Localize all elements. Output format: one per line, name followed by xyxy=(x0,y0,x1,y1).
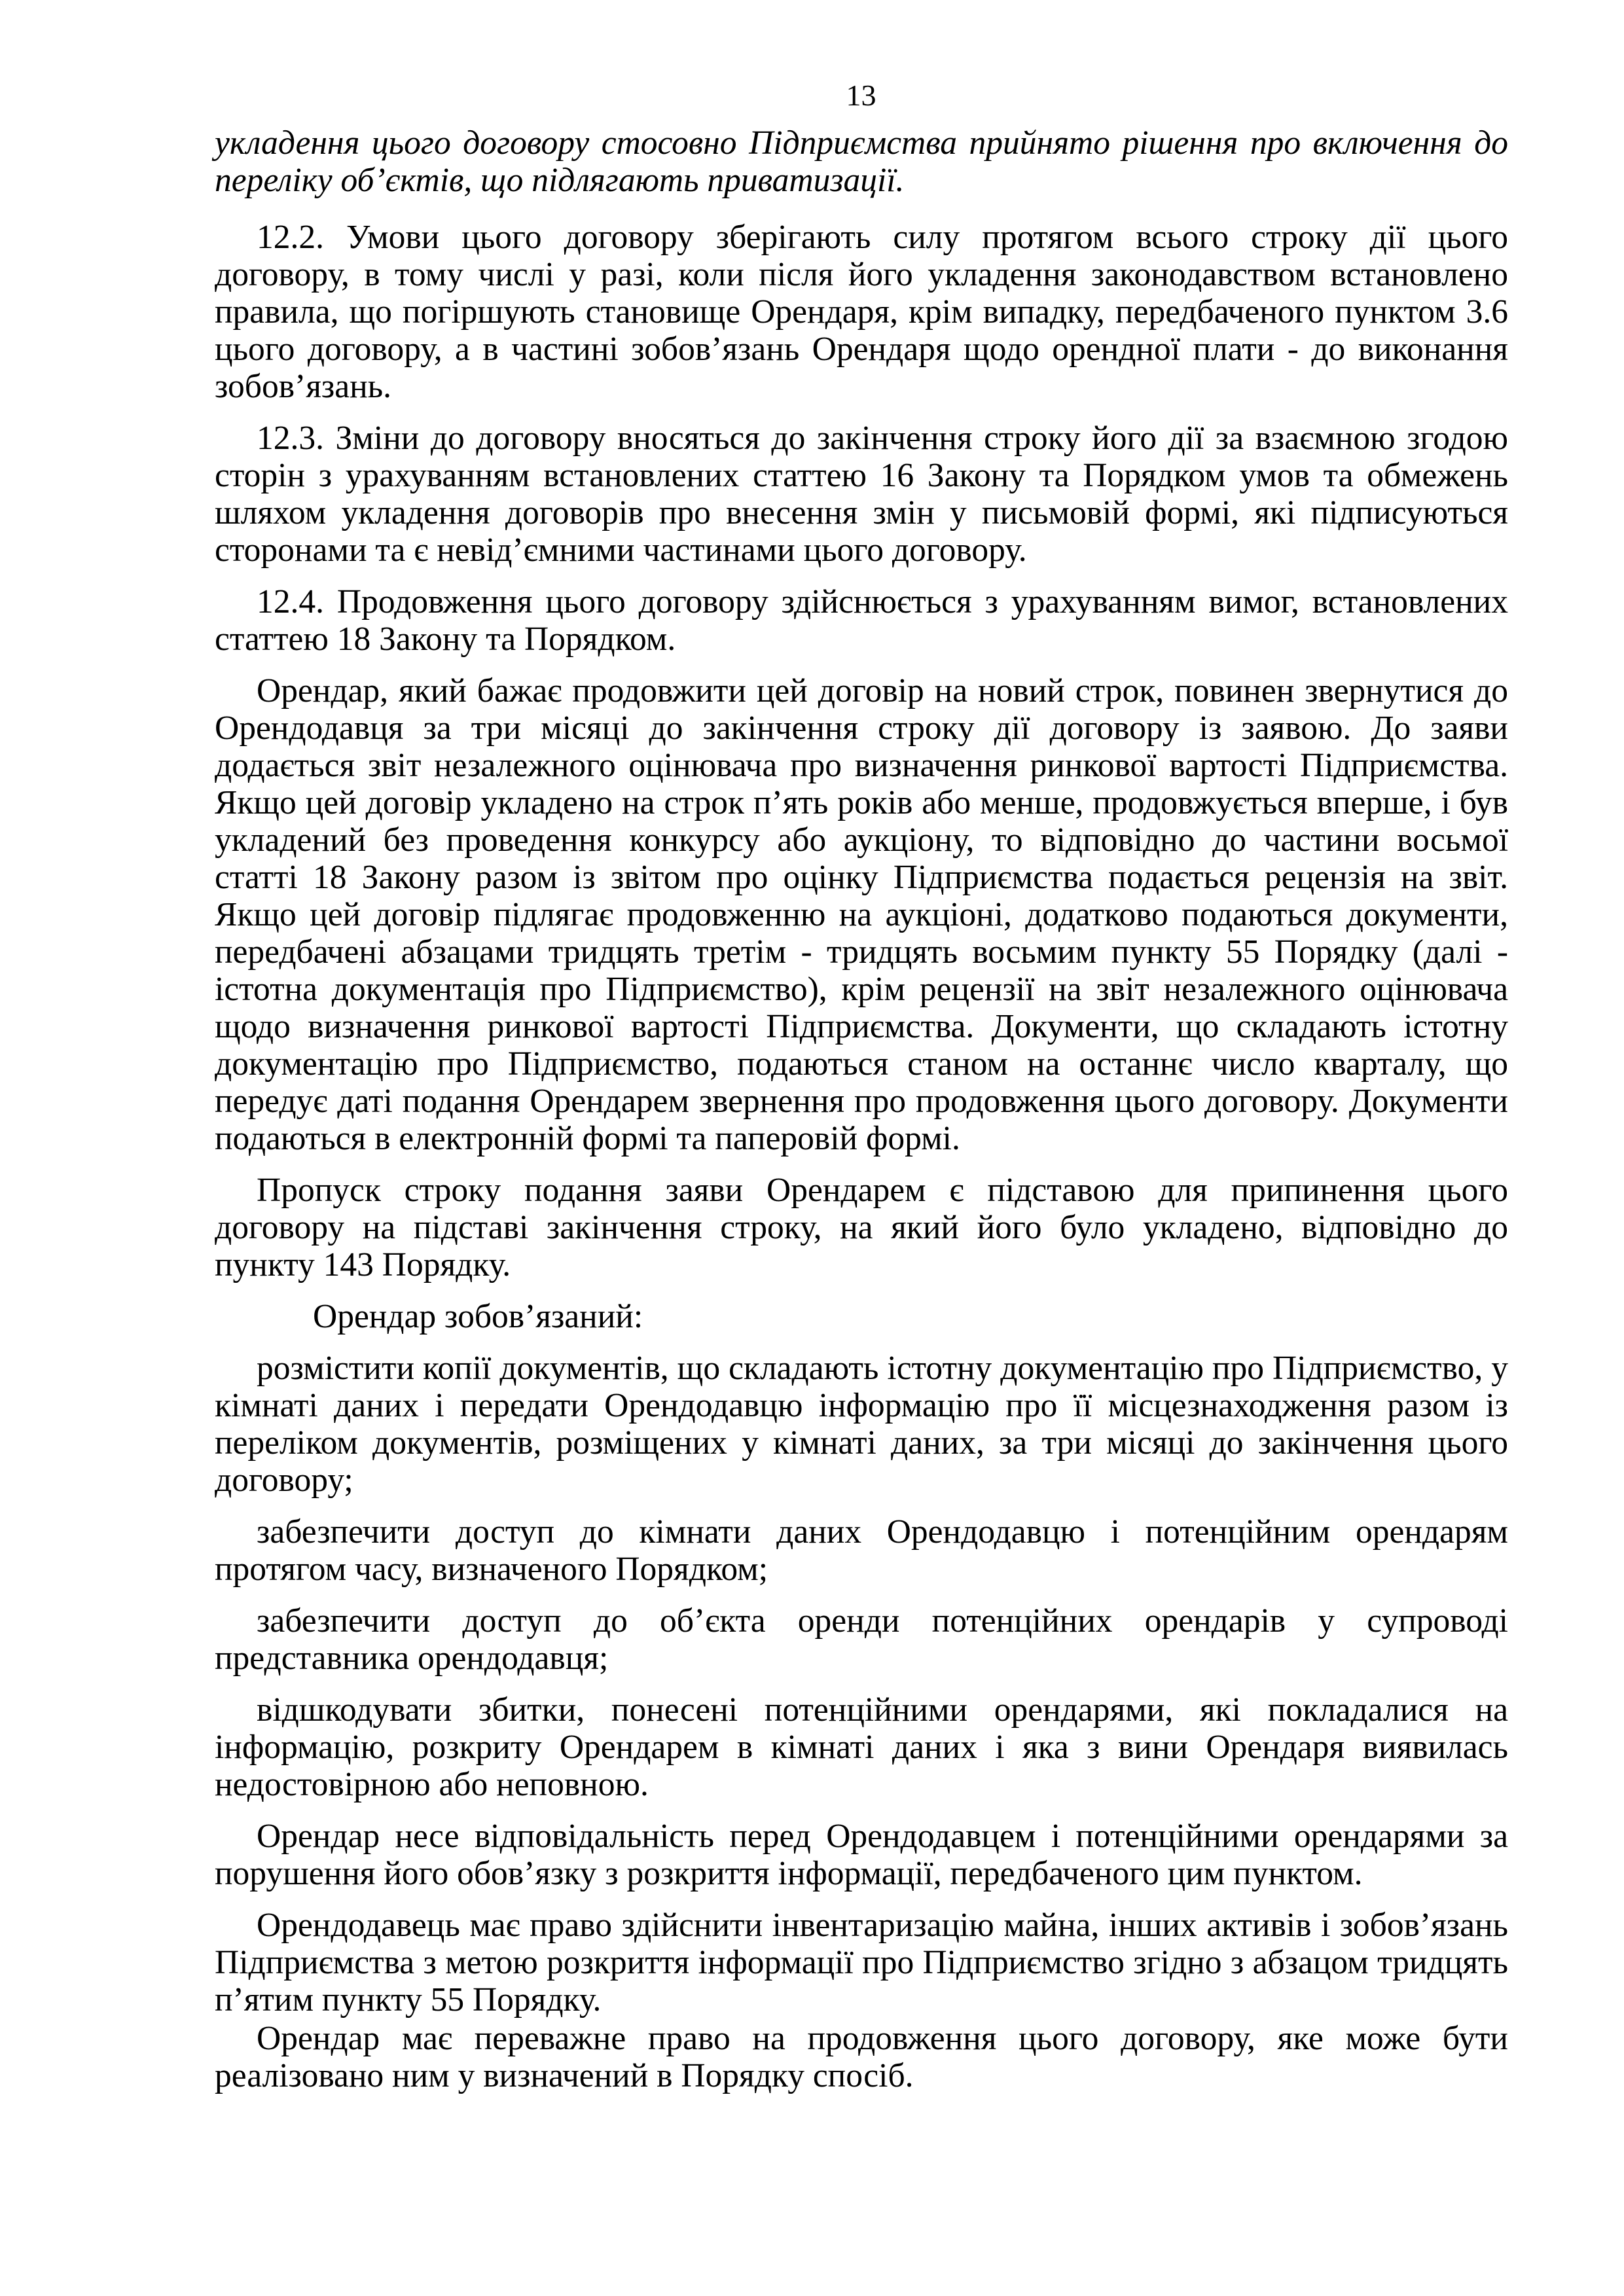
obligation-item-4: відшкодувати збитки, понесені потенційни… xyxy=(215,1691,1508,1803)
liability-paragraph: Орендар несе відповідальність перед Орен… xyxy=(215,1818,1508,1892)
clause-12-4-paragraph: 12.4. Продовження цього договору здійсню… xyxy=(215,583,1508,658)
preferential-right-paragraph: Орендар має переважне право на продовжен… xyxy=(215,2020,1508,2094)
missed-deadline-paragraph: Пропуск строку подання заяви Орендарем є… xyxy=(215,1172,1508,1283)
extension-request-paragraph: Орендар, який бажає продовжити цей догов… xyxy=(215,672,1508,1157)
intro-italic-paragraph: укладення цього договору стосовно Підпри… xyxy=(215,124,1508,199)
clause-12-2-paragraph: 12.2. Умови цього договору зберігають си… xyxy=(215,219,1508,405)
obligations-heading: Орендар зобов’язаний: xyxy=(215,1298,1508,1335)
obligation-item-3: забезпечити доступ до об’єкта оренди пот… xyxy=(215,1602,1508,1677)
obligation-item-2: забезпечити доступ до кімнати даних Орен… xyxy=(215,1513,1508,1588)
inventory-right-paragraph: Орендодавець має право здійснити інвента… xyxy=(215,1907,1508,2018)
document-body: укладення цього договору стосовно Підпри… xyxy=(215,124,1508,2109)
obligation-item-1: розмістити копії документів, що складают… xyxy=(215,1350,1508,1499)
clause-12-3-paragraph: 12.3. Зміни до договору вносяться до зак… xyxy=(215,420,1508,569)
page-number: 13 xyxy=(0,77,1624,114)
